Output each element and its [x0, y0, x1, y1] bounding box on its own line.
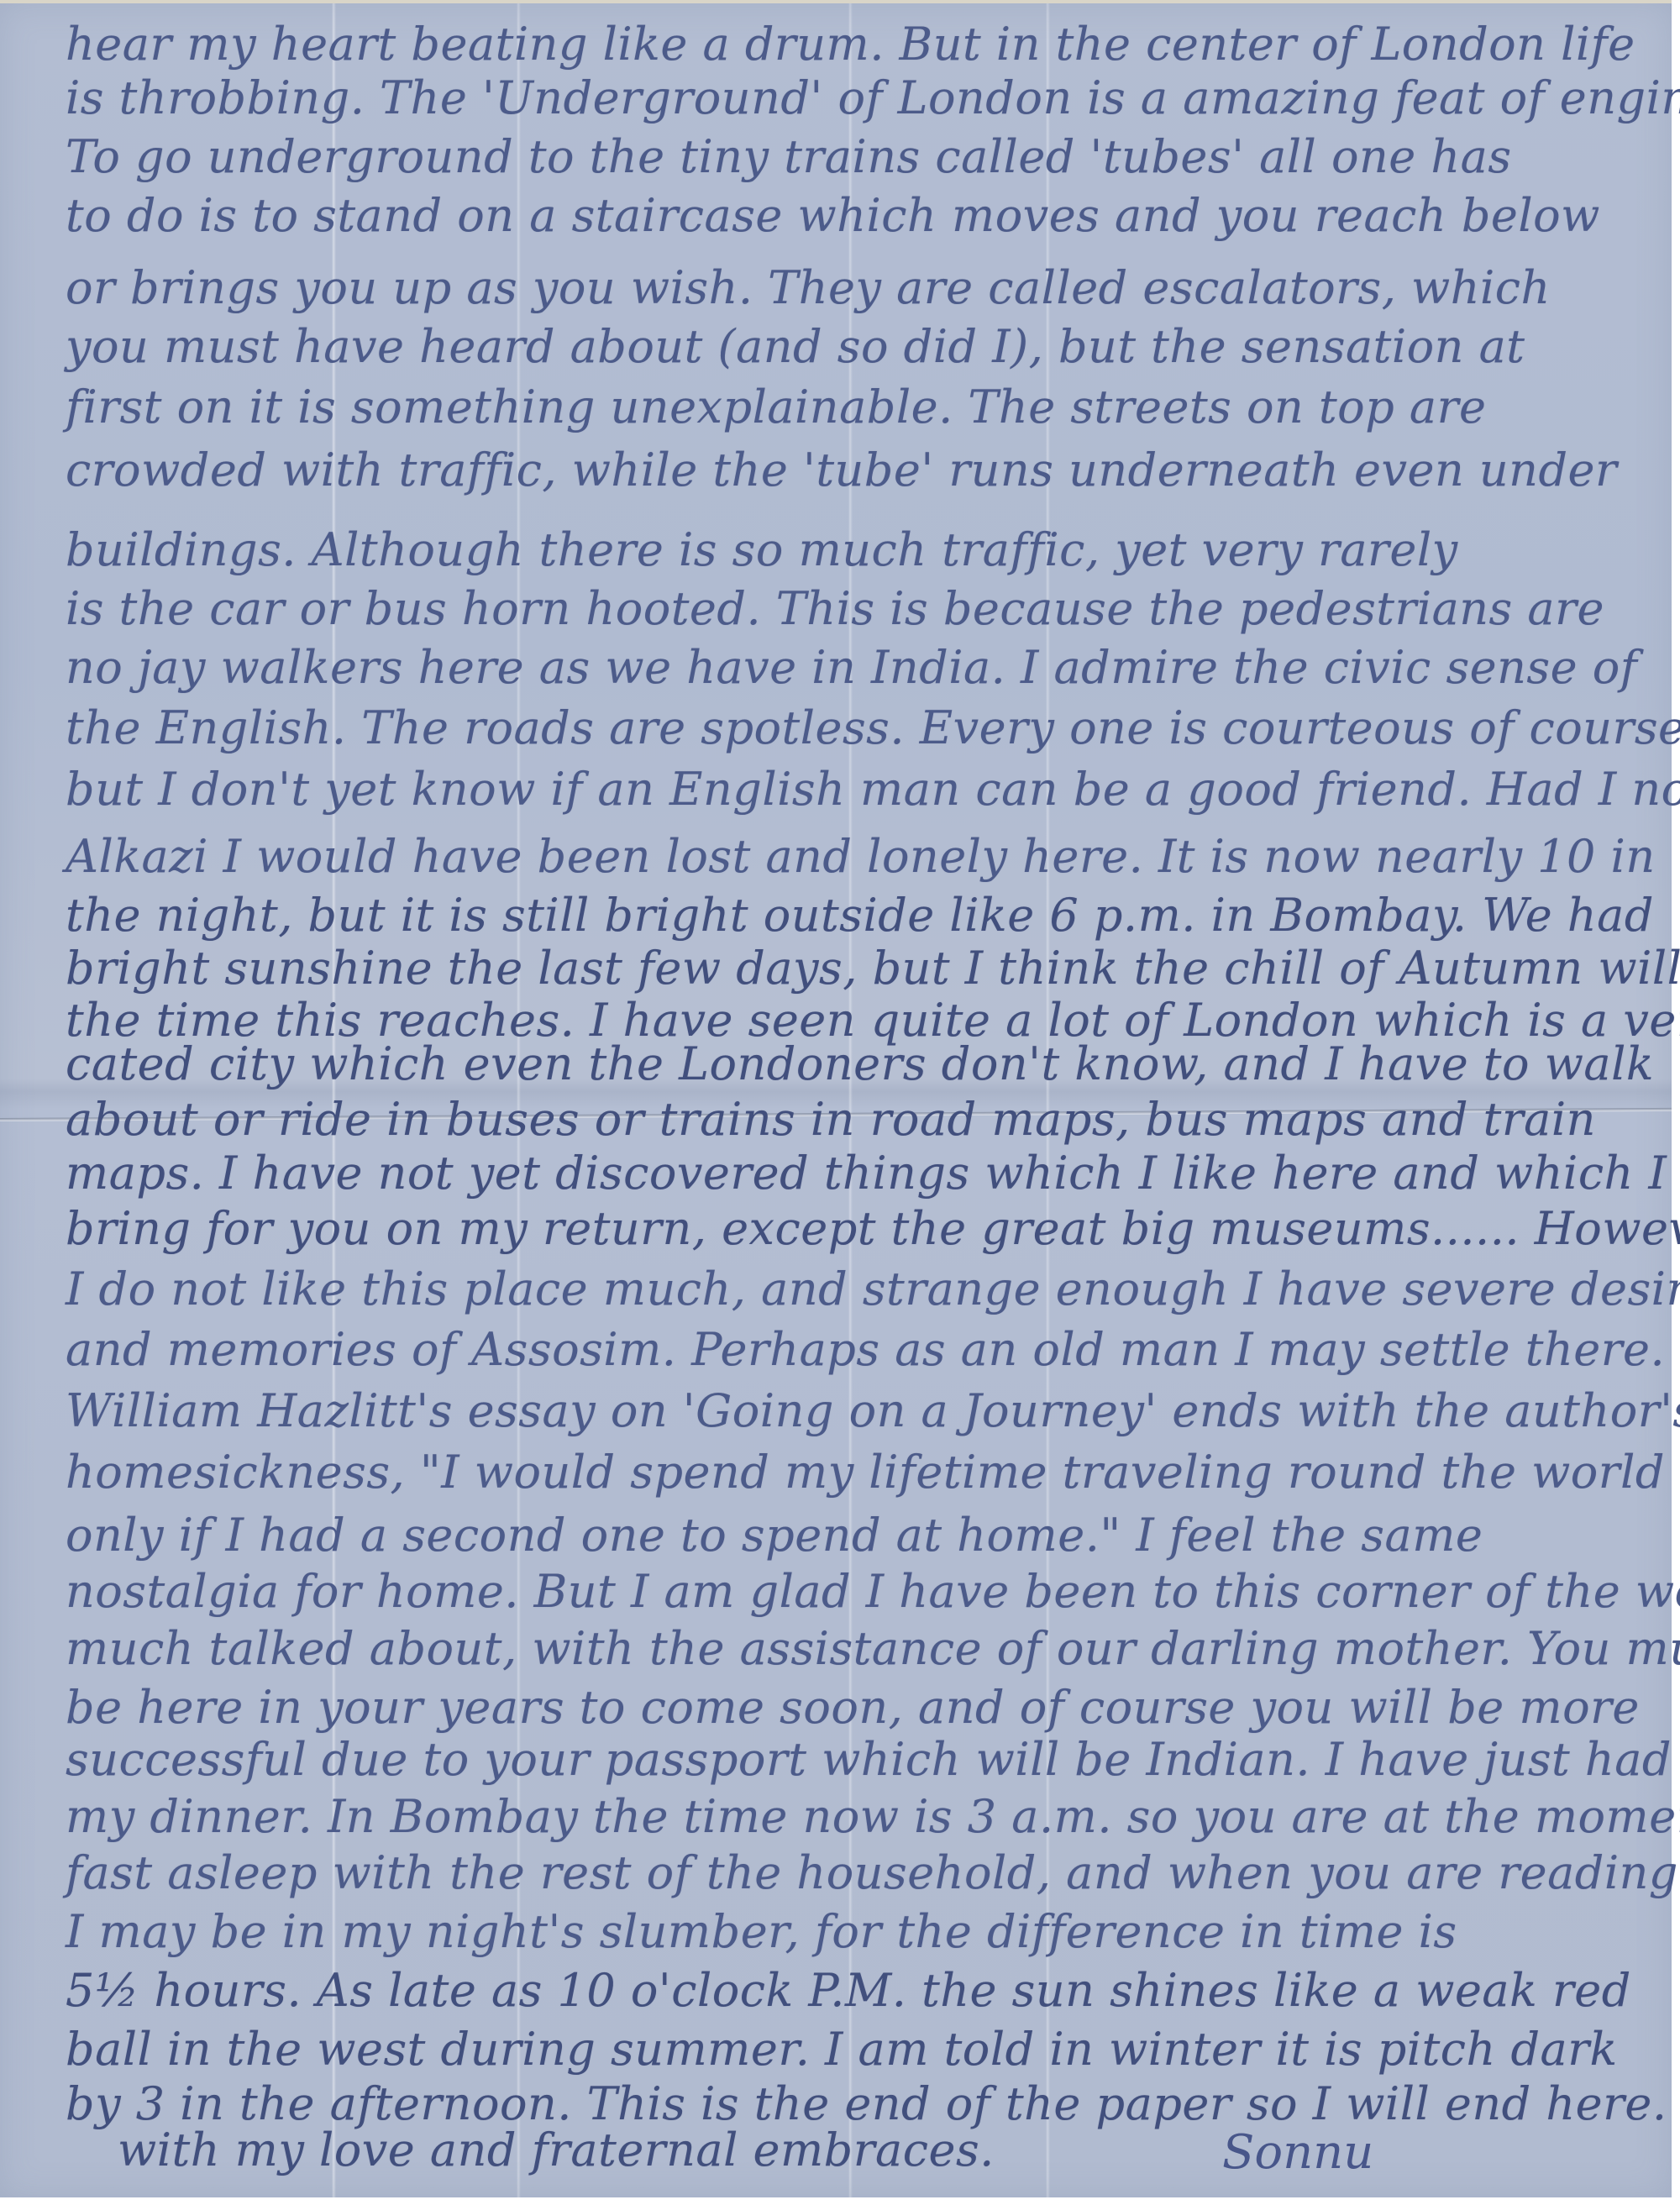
letter-line: hear my heart beating like a drum. But i… — [66, 15, 1635, 74]
letter-line: the English. The roads are spotless. Eve… — [66, 699, 1680, 758]
letter-line: homesickness, "I would spend my lifetime… — [66, 1443, 1665, 1502]
letter-line: but I don't yet know if an English man c… — [66, 760, 1680, 819]
letter-line: no jay walkers here as we have in India.… — [66, 638, 1637, 697]
signature: Sonnu — [1222, 2125, 1373, 2180]
letter-line: crowded with traffic, while the 'tube' r… — [66, 441, 1617, 500]
letter-line: I do not like this place much, and stran… — [66, 1260, 1680, 1319]
letter-line: ball in the west during summer. I am tol… — [66, 2020, 1618, 2079]
letter-line: you must have heard about (and so did I)… — [66, 318, 1525, 376]
letter-line: the night, but it is still bright outsid… — [66, 886, 1654, 945]
letter-line: I may be in my night's slumber, for the … — [66, 1903, 1457, 1961]
letter-line: maps. I have not yet discovered things w… — [66, 1144, 1680, 1203]
letter-line: only if I had a second one to spend at h… — [66, 1506, 1483, 1565]
letter-line: and memories of Assosim. Perhaps as an o… — [66, 1320, 1665, 1379]
letter-line: To go underground to the tiny trains cal… — [66, 128, 1512, 186]
letter-line: be here in your years to come soon, and … — [66, 1678, 1640, 1737]
letter-closing: with my love and fraternal embraces. — [118, 2121, 995, 2180]
letter-line: or brings you up as you wish. They are c… — [66, 259, 1551, 318]
letter-line: to do is to stand on a staircase which m… — [66, 186, 1600, 245]
letter-line: first on it is something unexplainable. … — [66, 378, 1486, 437]
letter-line: William Hazlitt's essay on 'Going on a J… — [66, 1382, 1680, 1441]
letter-line: is the car or bus horn hooted. This is b… — [66, 580, 1604, 638]
letter-body: hear my heart beating like a drum. But i… — [0, 0, 1680, 2205]
letter-line: nostalgia for home. But I am glad I have… — [66, 1562, 1680, 1621]
letter-line: Alkazi I would have been lost and lonely… — [66, 827, 1656, 886]
letter-line: successful due to your passport which wi… — [66, 1730, 1672, 1789]
letter-line: buildings. Although there is so much tra… — [66, 521, 1458, 580]
letter-line: cated city which even the Londoners don'… — [66, 1035, 1654, 1094]
letter-line: bring for you on my return, except the g… — [66, 1200, 1680, 1258]
letter-line: 5½ hours. As late as 10 o'clock P.M. the… — [66, 1961, 1631, 2020]
letter-line: about or ride in buses or trains in road… — [66, 1090, 1596, 1149]
letter-line: much talked about, with the assistance o… — [66, 1620, 1680, 1678]
letter-line: my dinner. In Bombay the time now is 3 a… — [66, 1788, 1680, 1846]
letter-line: fast asleep with the rest of the househo… — [66, 1844, 1680, 1903]
letter-line: is throbbing. The 'Underground' of Londo… — [66, 69, 1680, 128]
letter-line: bright sunshine the last few days, but I… — [66, 939, 1680, 998]
